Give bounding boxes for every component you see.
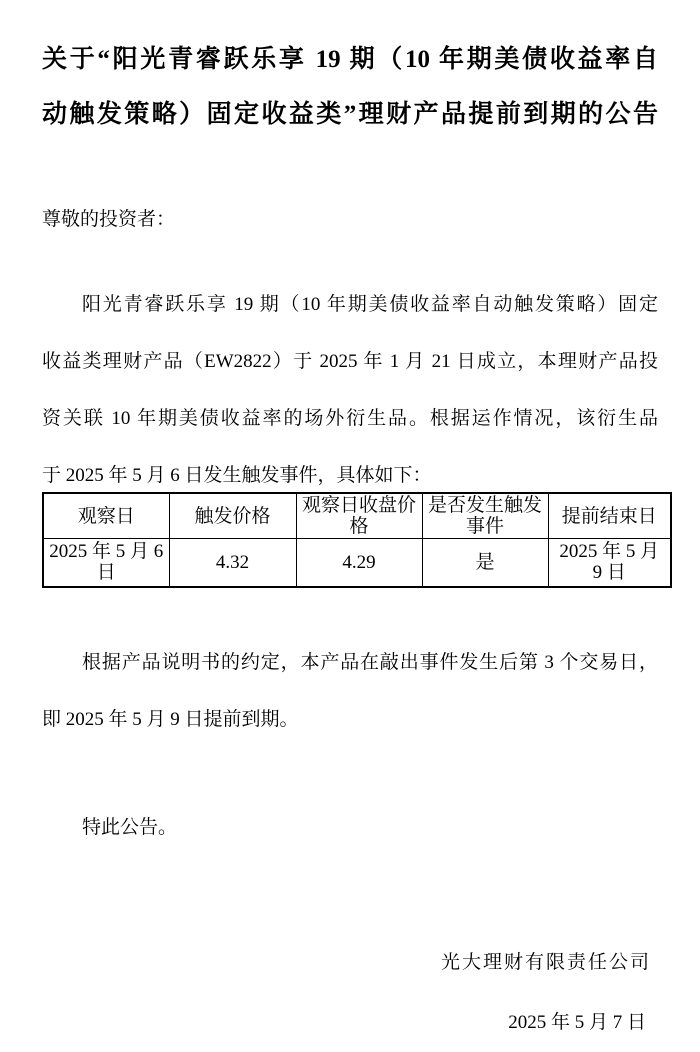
cell-trigger-occurred: 是 — [422, 539, 548, 587]
text-line: 即 2025 年 5 月 9 日提前到期。 — [42, 691, 658, 748]
cell-early-end-date: 2025 年 5 月 9 日 — [548, 539, 671, 587]
trigger-event-table: 观察日 触发价格 观察日收盘价格 是否发生触发事件 提前结束日 2025 年 5… — [42, 492, 672, 588]
company-signature: 光大理财有限责任公司 — [42, 934, 658, 991]
table-header-early-end-date: 提前结束日 — [548, 493, 671, 539]
salutation: 尊敬的投资者： — [42, 191, 658, 248]
cell-trigger-price: 4.32 — [169, 539, 296, 587]
closing-statement: 特此公告。 — [42, 799, 658, 856]
paragraph-product-info: 阳光青睿跃乐享 19 期（10 年期美债收益率自动触发策略）固定收益类理财产品（… — [42, 276, 658, 504]
title-line-2: 动触发策略）固定收益类”理财产品提前到期的公告 — [42, 87, 658, 142]
paragraph-early-maturity: 根据产品说明书的约定，本产品在敲出事件发生后第 3 个交易日，即 2025 年 … — [42, 634, 658, 748]
text-line: 阳光青睿跃乐享 19 期（10 年期美债收益率自动触发策略）固定 — [42, 276, 658, 333]
announcement-date: 2025 年 5 月 7 日 — [42, 994, 658, 1051]
cell-observation-date: 2025 年 5 月 6 日 — [43, 539, 169, 587]
cell-closing-price: 4.29 — [296, 539, 422, 587]
text-line: 根据产品说明书的约定，本产品在敲出事件发生后第 3 个交易日， — [42, 634, 658, 691]
title-line-1: 关于“阳光青睿跃乐享 19 期（10 年期美债收益率自 — [42, 32, 658, 87]
text-line: 资关联 10 年期美债收益率的场外衍生品。根据运作情况，该衍生品 — [42, 390, 658, 447]
table-header-closing-price: 观察日收盘价格 — [296, 493, 422, 539]
table-data-row: 2025 年 5 月 6 日 4.32 4.29 是 2025 年 5 月 9 … — [43, 539, 671, 587]
document-title: 关于“阳光青睿跃乐享 19 期（10 年期美债收益率自 动触发策略）固定收益类”… — [42, 32, 658, 142]
text-line: 收益类理财产品（EW2822）于 2025 年 1 月 21 日成立，本理财产品… — [42, 333, 658, 390]
table-header-trigger-occurred: 是否发生触发事件 — [422, 493, 548, 539]
announcement-document: 关于“阳光青睿跃乐享 19 期（10 年期美债收益率自 动触发策略）固定收益类”… — [0, 0, 700, 1052]
